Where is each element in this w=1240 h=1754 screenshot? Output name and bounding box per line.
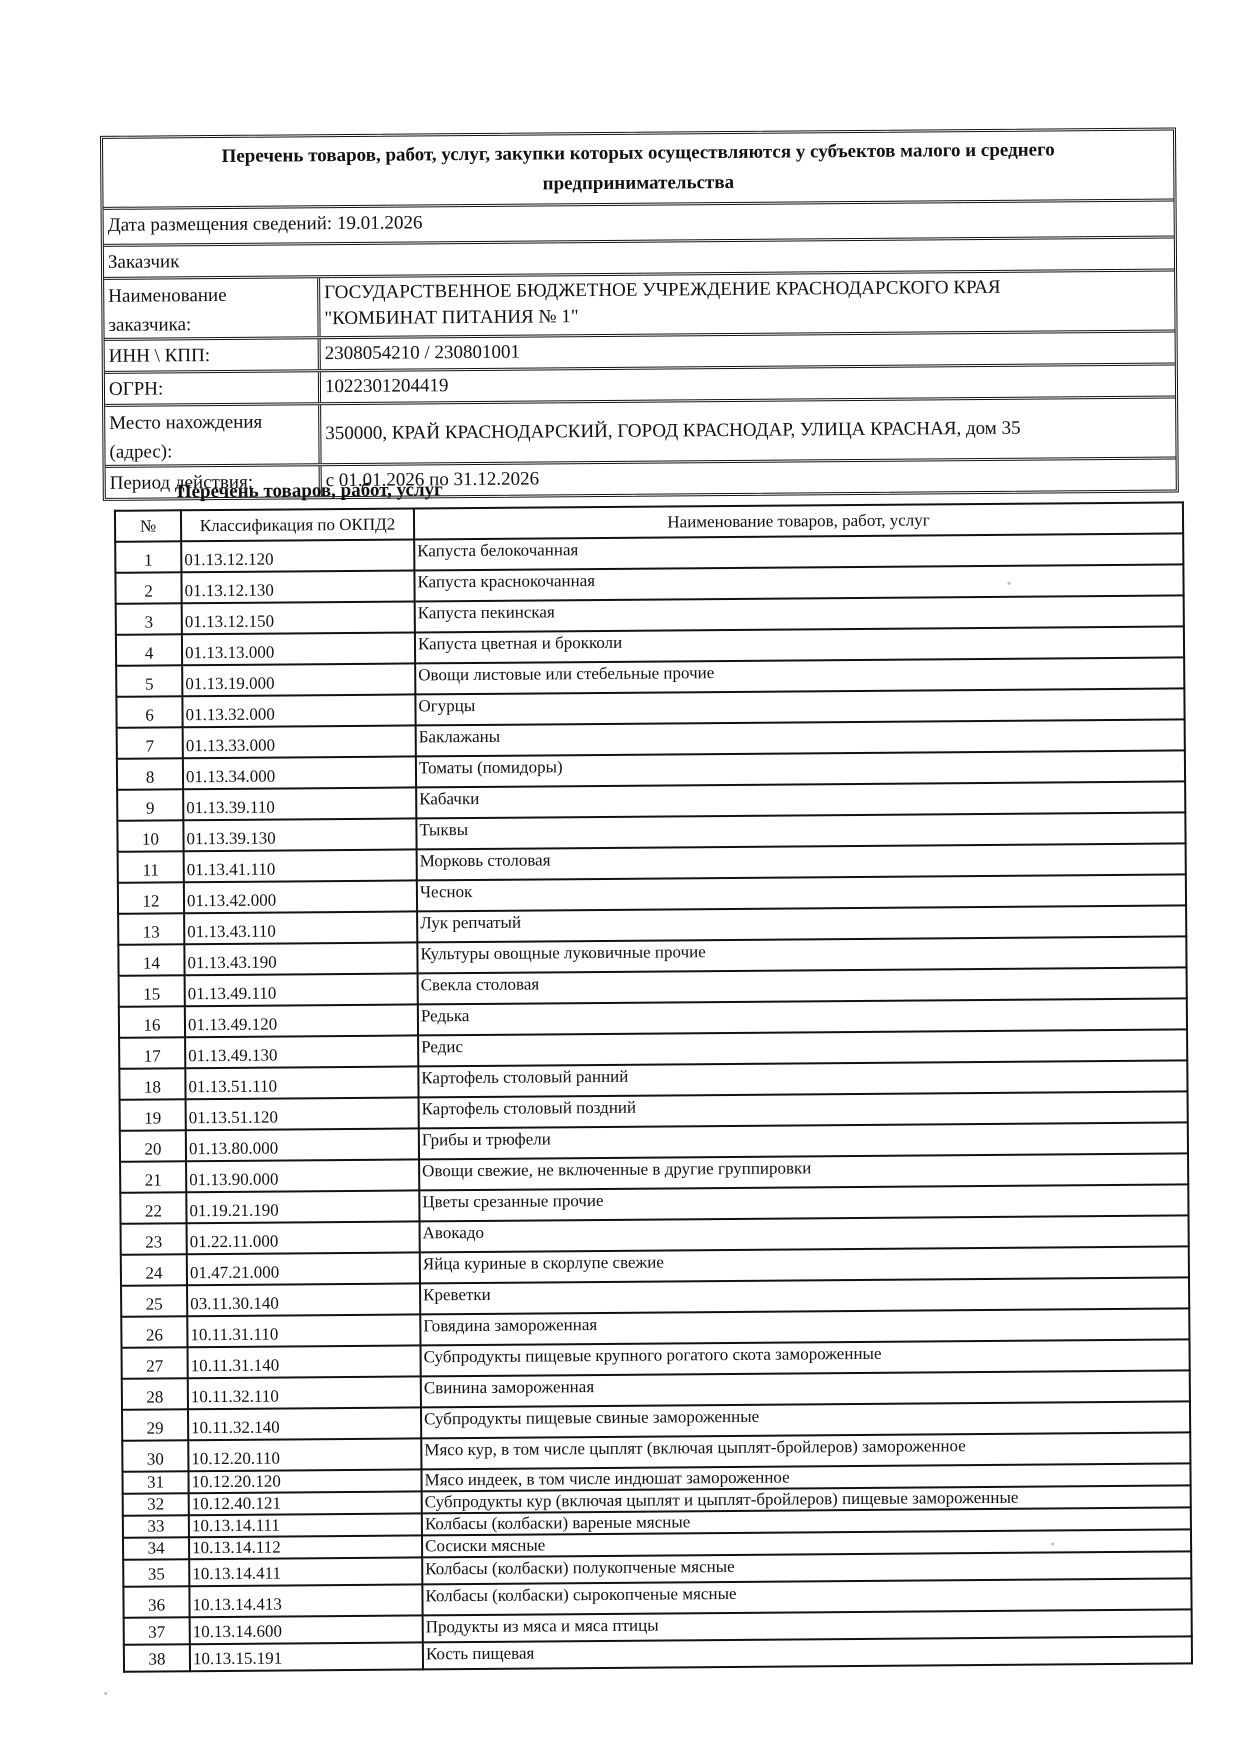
row-number: 33 (123, 1515, 189, 1538)
item-name-text: Капуста пекинская (418, 596, 1180, 624)
row-number: 11 (118, 851, 184, 883)
customer-name-label-line-2: заказчика: (108, 309, 313, 340)
okpd2-code: 01.13.43.190 (184, 942, 417, 975)
okpd2-code: 01.13.49.110 (185, 973, 418, 1006)
row-number: 8 (117, 758, 183, 790)
okpd2-code: 10.11.32.140 (188, 1407, 421, 1440)
okpd2-code: 10.13.14.600 (190, 1615, 423, 1644)
row-number-text: 9 (118, 791, 182, 820)
item-name-text: Капуста белокочанная (417, 534, 1179, 562)
item-name-text: Мясо кур, в том числе цыплят (включая цы… (424, 1433, 1186, 1461)
okpd2-code-text: 01.13.41.110 (187, 851, 413, 881)
row-number-text: 13 (119, 915, 183, 944)
scan-speck (104, 1692, 107, 1695)
okpd2-code: 01.13.13.000 (182, 632, 415, 665)
item-name-text: Овощи листовые или стебельные прочие (418, 658, 1180, 686)
row-number-text: 21 (121, 1163, 185, 1192)
item-name-text: Продукты из мяса и мяса птицы (426, 1610, 1188, 1638)
customer-name-line-2: "КОМБИНАТ ПИТАНИЯ № 1" (324, 300, 1170, 333)
row-number-text: 30 (123, 1442, 187, 1471)
item-name-text: Капуста краснокочанная (417, 565, 1179, 593)
item-name-text: Колбасы (колбаски) полукопченые мясные (425, 1552, 1187, 1580)
row-number-text: 25 (122, 1287, 186, 1316)
item-name-text: Тыквы (419, 813, 1181, 841)
row-number: 28 (122, 1378, 188, 1410)
item-name-text: Кабачки (419, 782, 1181, 810)
address-label: Место нахождения (адрес): (105, 405, 321, 465)
okpd2-code: 01.13.80.000 (186, 1128, 419, 1161)
publication-date-label: Дата размещения сведений: (108, 213, 333, 236)
row-number: 38 (124, 1644, 190, 1672)
row-number: 31 (122, 1471, 188, 1494)
item-name-text: Картофель столовый ранний (421, 1061, 1183, 1089)
item-name-text: Свинина замороженная (424, 1371, 1186, 1399)
okpd2-code: 01.13.34.000 (183, 756, 416, 789)
scanned-page: Перечень товаров, работ, услуг, закупки … (0, 0, 1240, 1754)
okpd2-code-text: 03.11.30.140 (190, 1285, 416, 1315)
row-number: 13 (118, 913, 184, 945)
row-number: 18 (119, 1068, 185, 1100)
okpd2-code-text: 01.13.51.110 (188, 1068, 414, 1098)
okpd2-code: 01.19.21.190 (186, 1190, 419, 1223)
item-name: Кость пищевая (423, 1636, 1192, 1669)
item-name-text: Субпродукты пищевые свиные замороженные (424, 1402, 1186, 1430)
item-name-text: Лук репчатый (420, 906, 1182, 934)
row-number-text: 6 (117, 698, 181, 727)
okpd2-code-text: 10.13.15.191 (193, 1643, 419, 1670)
item-name-text: Грибы и трюфели (422, 1123, 1184, 1151)
inn-kpp-value: 2308054210 / 230801001 (321, 332, 1175, 369)
okpd2-code-text: 01.13.49.110 (188, 975, 414, 1005)
row-number: 6 (116, 696, 182, 728)
okpd2-code-text: 01.13.12.150 (185, 603, 411, 633)
okpd2-code-text: 01.13.19.000 (185, 665, 411, 695)
row-number-text: 33 (124, 1516, 188, 1537)
item-name-text: Говядина замороженная (423, 1309, 1185, 1337)
okpd2-code-text: 10.12.20.110 (191, 1440, 417, 1470)
okpd2-code-text: 01.13.43.190 (187, 944, 413, 974)
okpd2-code: 01.13.33.000 (183, 725, 416, 758)
row-number: 36 (123, 1586, 189, 1618)
item-name-text: Морковь столовая (420, 844, 1182, 872)
row-number-text: 31 (123, 1472, 187, 1493)
okpd2-code: 10.12.20.120 (188, 1469, 421, 1493)
item-name-text: Овощи свежие, не включенные в другие гру… (422, 1154, 1184, 1182)
column-header-okpd2: Классификация по ОКПД2 (181, 508, 414, 541)
okpd2-code-text: 01.13.39.110 (186, 789, 412, 819)
okpd2-code-text: 10.13.14.413 (192, 1586, 418, 1616)
item-name-text: Редис (421, 1030, 1183, 1058)
row-number: 12 (118, 882, 184, 914)
okpd2-code: 10.11.31.140 (187, 1345, 420, 1378)
item-name-text: Субпродукты пищевые крупного рогатого ск… (424, 1340, 1186, 1368)
row-number: 35 (123, 1559, 189, 1587)
okpd2-code-text: 01.47.21.000 (190, 1254, 416, 1284)
customer-name-label: Наименование заказчика: (104, 278, 320, 338)
row-number: 2 (115, 572, 181, 604)
row-number: 17 (119, 1037, 185, 1069)
okpd2-code-text: 01.13.49.130 (188, 1037, 414, 1067)
okpd2-code: 10.13.14.112 (189, 1535, 422, 1559)
row-number-text: 29 (123, 1411, 187, 1440)
item-name-text: Культуры овощные луковичные прочие (420, 937, 1182, 965)
row-number: 21 (120, 1161, 186, 1193)
okpd2-code-text: 01.19.21.190 (189, 1192, 415, 1222)
item-name-text: Яйца куриные в скорлупе свежие (423, 1247, 1185, 1275)
row-number-text: 23 (122, 1225, 186, 1254)
okpd2-code: 10.12.20.110 (188, 1438, 421, 1471)
row-number: 26 (121, 1316, 187, 1348)
row-number-text: 15 (120, 977, 184, 1006)
okpd2-code: 01.13.42.000 (184, 880, 417, 913)
okpd2-code-text: 01.13.34.000 (186, 758, 412, 788)
okpd2-code-text: 01.13.32.000 (185, 696, 411, 726)
row-number-text: 26 (122, 1318, 186, 1347)
item-name-text: Свекла столовая (421, 968, 1183, 996)
address-label-line-2: (адрес): (109, 436, 314, 467)
publication-date: Дата размещения сведений: 19.01.2026 (104, 201, 1174, 243)
customer-info-block: Перечень товаров, работ, услуг, закупки … (100, 127, 1179, 500)
ogrn-label: ОГРН: (105, 372, 321, 404)
row-number-text: 11 (119, 853, 183, 882)
okpd2-code: 10.13.14.111 (189, 1513, 422, 1537)
scan-speck (1008, 582, 1011, 585)
okpd2-code-text: 10.13.14.111 (192, 1514, 418, 1536)
row-number-text: 16 (120, 1008, 184, 1037)
column-header-number: № (115, 510, 181, 542)
okpd2-code-text: 01.13.33.000 (186, 727, 412, 757)
okpd2-code-text: 10.11.32.140 (191, 1409, 417, 1439)
row-number: 32 (123, 1493, 189, 1516)
okpd2-code-text: 10.11.31.110 (190, 1316, 416, 1346)
document-title: Перечень товаров, работ, услуг, закупки … (103, 130, 1174, 206)
row-number: 9 (117, 789, 183, 821)
okpd2-code-text: 01.13.39.130 (186, 820, 412, 850)
address-row: Место нахождения (адрес): 350000, КРАЙ К… (105, 398, 1175, 467)
okpd2-code: 01.13.12.130 (181, 570, 414, 603)
row-number-text: 19 (121, 1101, 185, 1130)
inn-kpp-label: ИНН \ КПП: (105, 339, 321, 371)
row-number-text: 18 (120, 1070, 184, 1099)
address-label-line-1: Место нахождения (109, 407, 314, 438)
period-value: с 01.01.2026 по 31.12.2026 (322, 459, 1176, 496)
item-name-text: Огурцы (418, 689, 1180, 717)
okpd2-code-text: 01.13.13.000 (185, 634, 411, 664)
row-number: 20 (120, 1130, 186, 1162)
customer-name-row: Наименование заказчика: ГОСУДАРСТВЕННОЕ … (104, 271, 1174, 340)
row-number: 29 (122, 1409, 188, 1441)
okpd2-code: 01.13.12.120 (181, 539, 414, 572)
goods-table-body: 101.13.12.120Капуста белокочанная201.13.… (115, 533, 1192, 1671)
okpd2-code: 01.13.19.000 (182, 663, 415, 696)
row-number-text: 35 (124, 1560, 188, 1586)
okpd2-code: 10.13.14.411 (189, 1557, 422, 1586)
okpd2-code-text: 10.12.40.121 (192, 1492, 418, 1514)
okpd2-code-text: 10.13.14.411 (192, 1558, 418, 1585)
okpd2-code: 01.13.39.110 (183, 787, 416, 820)
goods-table: № Классификация по ОКПД2 Наименование то… (114, 501, 1193, 1672)
row-number: 5 (116, 665, 182, 697)
item-name-text: Капуста цветная и брокколи (418, 627, 1180, 655)
row-number-text: 2 (116, 574, 180, 603)
customer-name-value: ГОСУДАРСТВЕННОЕ БЮДЖЕТНОЕ УЧРЕЖДЕНИЕ КРА… (320, 271, 1174, 336)
okpd2-code: 10.13.14.413 (189, 1584, 422, 1617)
okpd2-code: 03.11.30.140 (187, 1283, 420, 1316)
row-number-text: 12 (119, 884, 183, 913)
okpd2-code: 01.13.32.000 (182, 694, 415, 727)
row-number: 37 (124, 1617, 190, 1645)
row-number-text: 22 (121, 1194, 185, 1223)
row-number: 16 (119, 1006, 185, 1038)
okpd2-code-text: 01.13.90.000 (189, 1161, 415, 1191)
okpd2-code: 01.13.43.110 (184, 911, 417, 944)
okpd2-code: 01.22.11.000 (187, 1221, 420, 1254)
okpd2-code: 01.13.90.000 (186, 1159, 419, 1192)
okpd2-code: 01.13.49.120 (185, 1004, 418, 1037)
row-number-text: 8 (118, 760, 182, 789)
row-number-text: 27 (123, 1349, 187, 1378)
row-number-text: 7 (118, 729, 182, 758)
okpd2-code: 10.11.31.110 (187, 1314, 420, 1347)
customer-name-label-line-1: Наименование (108, 280, 313, 311)
okpd2-code-text: 01.13.42.000 (187, 882, 413, 912)
okpd2-code: 10.12.40.121 (189, 1491, 422, 1515)
row-number: 27 (122, 1347, 188, 1379)
okpd2-code-text: 01.22.11.000 (190, 1223, 416, 1253)
okpd2-code: 01.13.51.120 (186, 1097, 419, 1130)
okpd2-code-text: 01.13.12.130 (184, 572, 410, 602)
okpd2-code: 01.47.21.000 (187, 1252, 420, 1285)
row-number: 34 (123, 1537, 189, 1560)
row-number: 30 (122, 1440, 188, 1472)
okpd2-code-text: 10.13.14.600 (193, 1616, 419, 1643)
item-name-text: Чеснок (420, 875, 1182, 903)
okpd2-code-text: 01.13.49.120 (188, 1006, 414, 1036)
row-number: 15 (119, 975, 185, 1007)
item-name-text: Баклажаны (419, 720, 1181, 748)
okpd2-code: 10.11.32.110 (188, 1376, 421, 1409)
row-number-text: 32 (124, 1494, 188, 1515)
item-name-text: Цветы срезанные прочие (422, 1185, 1184, 1213)
row-number: 4 (116, 634, 182, 666)
row-number-text: 10 (118, 822, 182, 851)
row-number-text: 17 (120, 1039, 184, 1068)
ogrn-value: 1022301204419 (321, 365, 1175, 402)
okpd2-code-text: 01.13.12.120 (184, 541, 410, 571)
scan-speck (1051, 1542, 1054, 1545)
row-number: 24 (121, 1254, 187, 1286)
row-number: 3 (116, 603, 182, 635)
row-number-text: 36 (124, 1588, 188, 1617)
row-number-text: 28 (123, 1380, 187, 1409)
item-name-text: Колбасы (колбаски) сырокопченые мясные (425, 1579, 1187, 1607)
item-name-text: Редька (421, 999, 1183, 1027)
row-number-text: 34 (124, 1538, 188, 1559)
okpd2-code: 01.13.49.130 (185, 1035, 418, 1068)
row-number: 25 (121, 1285, 187, 1317)
okpd2-code-text: 01.13.80.000 (189, 1130, 415, 1160)
row-number-text: 1 (116, 543, 180, 572)
okpd2-code-text: 10.11.31.140 (191, 1347, 417, 1377)
row-number: 7 (117, 727, 183, 759)
okpd2-code: 01.13.12.150 (182, 601, 415, 634)
item-name-text: Авокадо (423, 1216, 1185, 1244)
address-value: 350000, КРАЙ КРАСНОДАРСКИЙ, ГОРОД КРАСНО… (321, 398, 1175, 463)
document-title-row: Перечень товаров, работ, услуг, закупки … (103, 130, 1174, 209)
item-name-text: Кость пищевая (426, 1637, 1188, 1665)
publication-date-value: 19.01.2026 (337, 212, 423, 234)
okpd2-code: 01.13.41.110 (184, 849, 417, 882)
row-number-text: 3 (117, 605, 181, 634)
list-heading: Перечень товаров, работ, услуг (177, 479, 443, 503)
okpd2-code: 01.13.51.110 (185, 1066, 418, 1099)
okpd2-code: 10.13.15.191 (190, 1642, 423, 1671)
item-name-text: Креветки (423, 1278, 1185, 1306)
row-number: 10 (117, 820, 183, 852)
okpd2-code: 01.13.39.130 (183, 818, 416, 851)
row-number: 19 (120, 1099, 186, 1131)
okpd2-code-text: 10.12.20.120 (191, 1470, 417, 1492)
row-number: 22 (120, 1192, 186, 1224)
row-number-text: 20 (121, 1132, 185, 1161)
row-number: 14 (118, 944, 184, 976)
okpd2-code-text: 01.13.43.110 (187, 913, 413, 943)
row-number-text: 5 (117, 667, 181, 696)
row-number-text: 14 (119, 946, 183, 975)
row-number: 1 (115, 541, 181, 573)
row-number-text: 38 (125, 1645, 189, 1671)
item-name-text: Томаты (помидоры) (419, 751, 1181, 779)
row-number: 23 (121, 1223, 187, 1255)
okpd2-code-text: 10.11.32.110 (191, 1378, 417, 1408)
okpd2-code-text: 01.13.51.120 (189, 1099, 415, 1129)
okpd2-code-text: 10.13.14.112 (192, 1536, 418, 1558)
row-number-text: 4 (117, 636, 181, 665)
row-number-text: 24 (122, 1256, 186, 1285)
row-number-text: 37 (125, 1618, 189, 1644)
item-name-text: Картофель столовый поздний (422, 1092, 1184, 1120)
